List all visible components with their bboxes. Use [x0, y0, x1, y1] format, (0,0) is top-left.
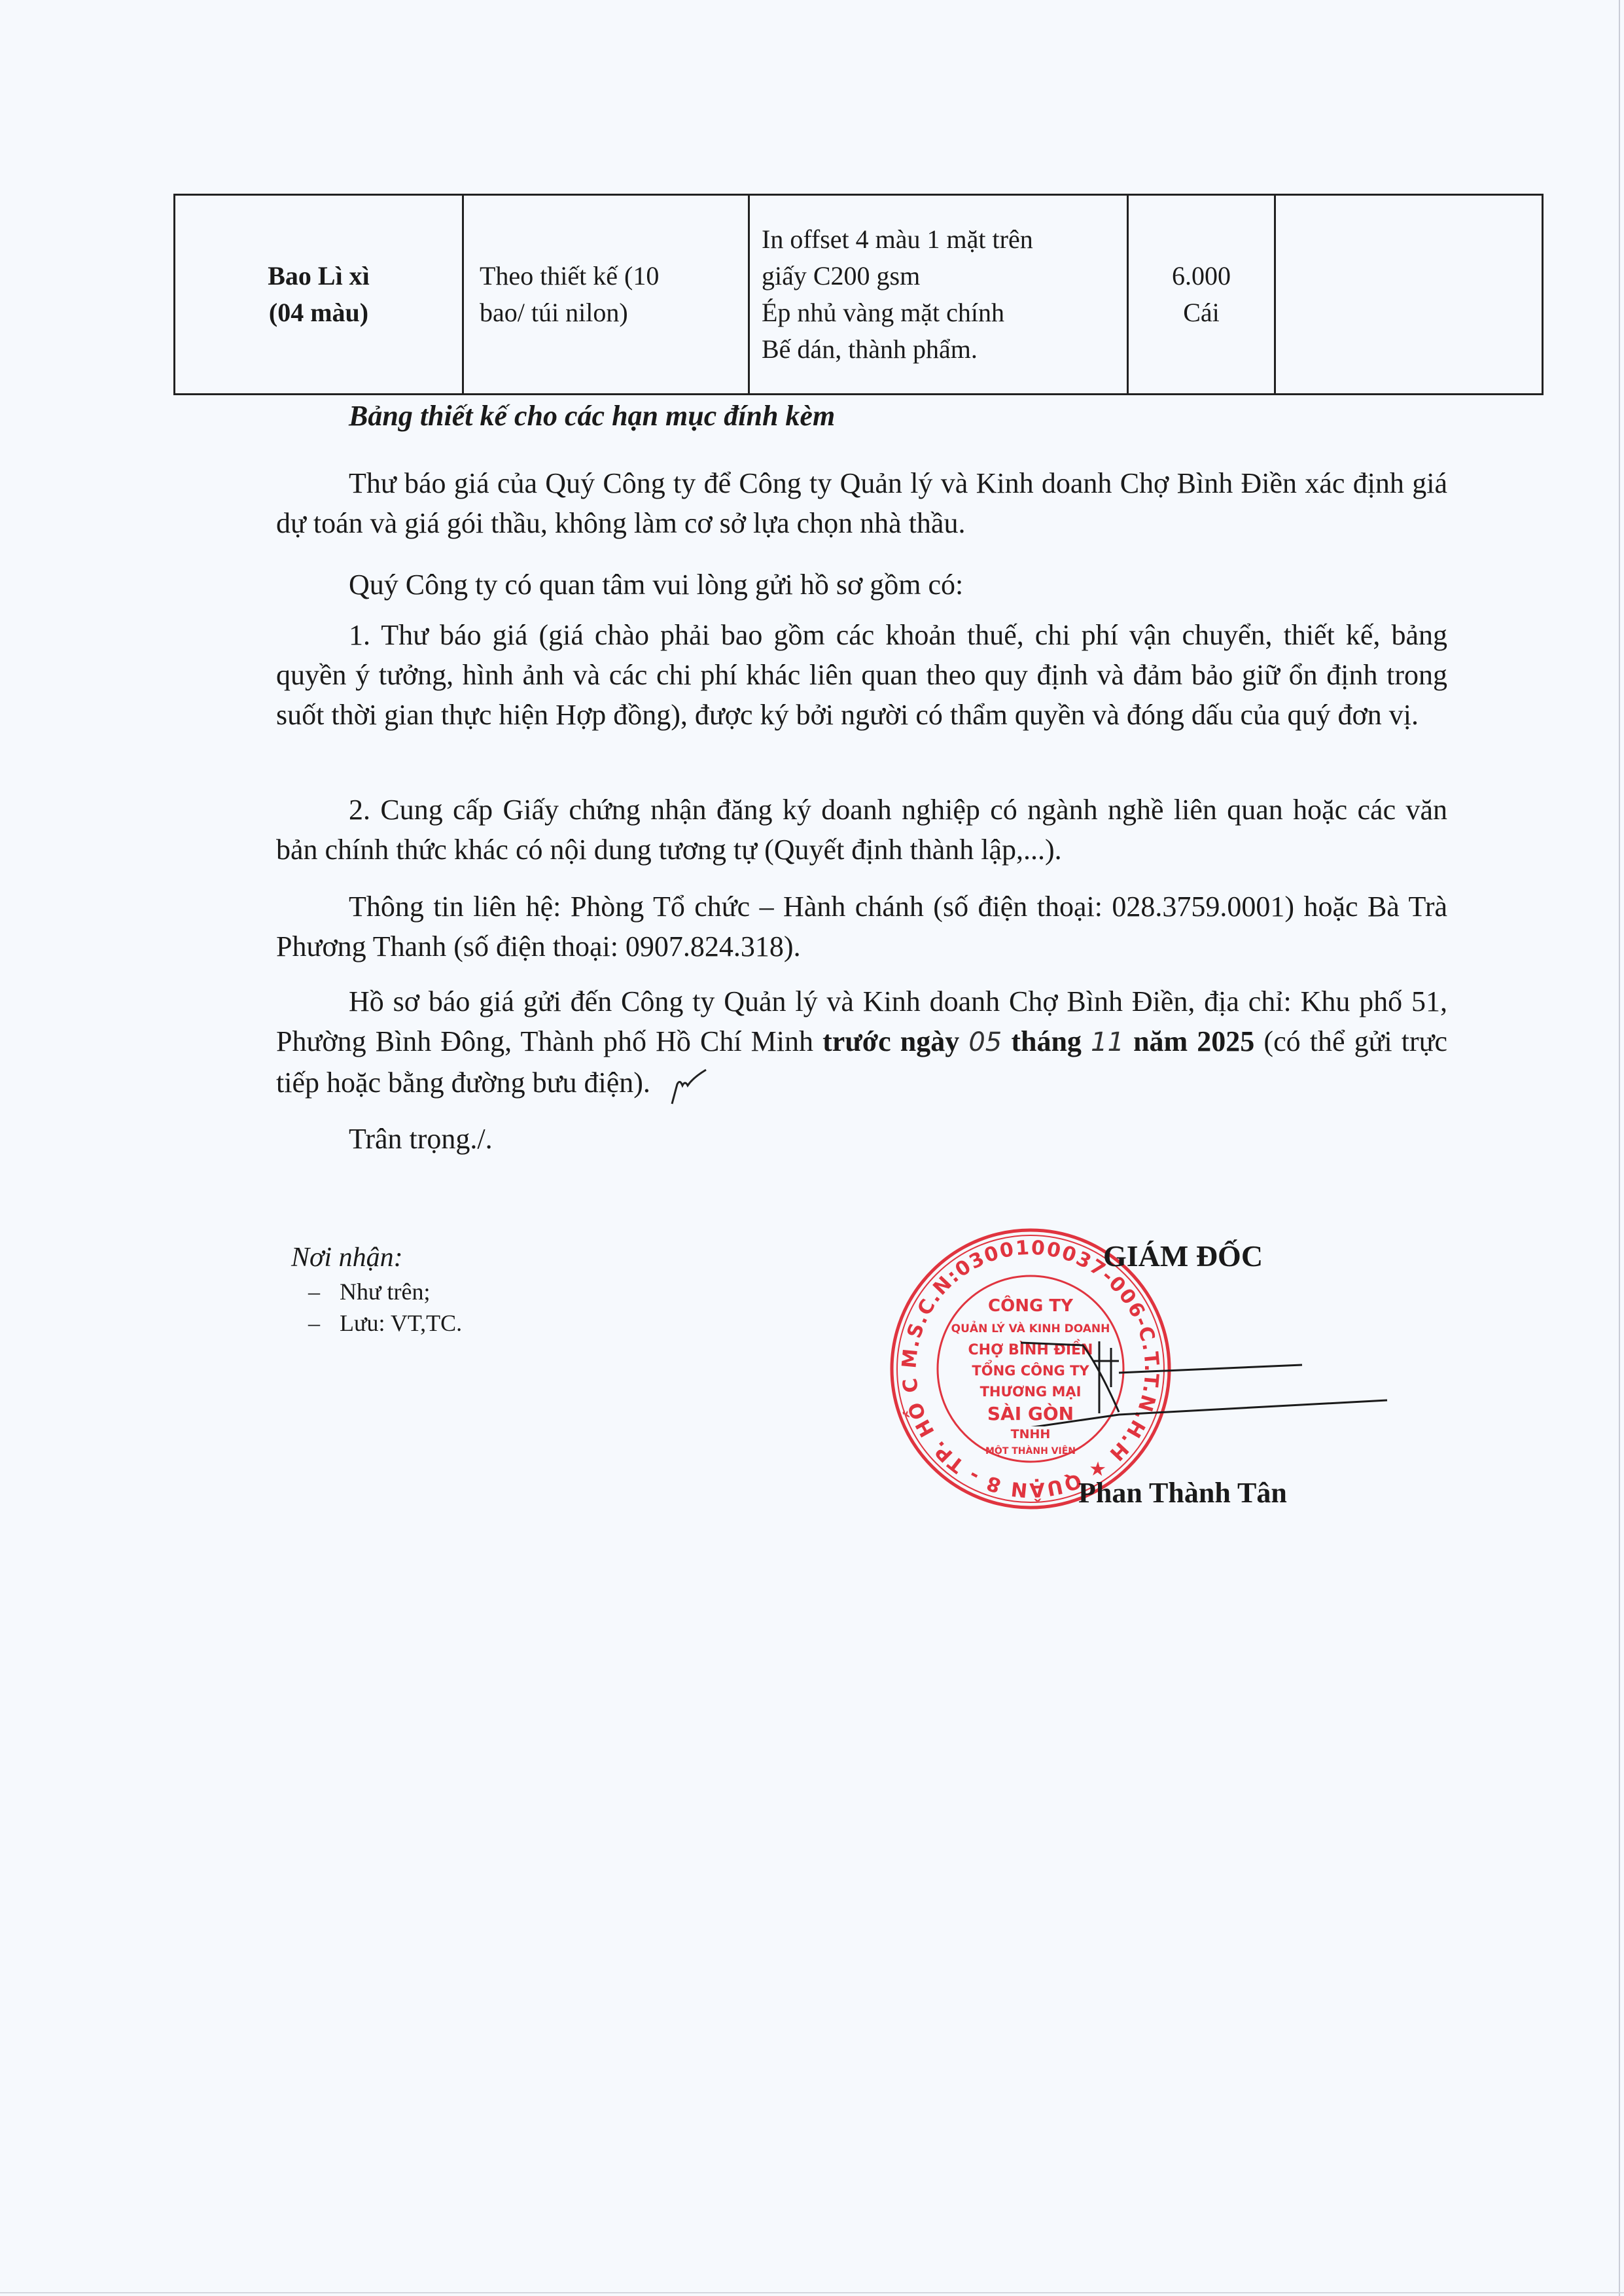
- paragraph-closing: Trân trọng./.: [276, 1119, 1447, 1159]
- svg-text:MỘT THÀNH VIÊN: MỘT THÀNH VIÊN: [985, 1445, 1076, 1457]
- paragraph-purpose: Thư báo giá của Quý Công ty để Công ty Q…: [276, 463, 1447, 543]
- svg-text:CÔNG TY: CÔNG TY: [988, 1295, 1074, 1316]
- paragraph-text: Quý Công ty có quan tâm vui lòng gửi hồ …: [349, 569, 963, 601]
- deadline-text: tháng: [1002, 1025, 1091, 1057]
- spec-cell: Theo thiết kế (10 bao/ túi nilon): [463, 195, 749, 395]
- note-cell: [1275, 195, 1543, 395]
- spec-line: bao/ túi nilon): [480, 294, 736, 331]
- signer-name: Phan Thành Tân: [1078, 1476, 1287, 1510]
- signature-icon: [1021, 1335, 1413, 1426]
- quantity-cell: 6.000 Cái: [1128, 195, 1275, 395]
- page-edge: [0, 2292, 1624, 2293]
- description-cell: In offset 4 màu 1 mặt trên giấy C200 gsm…: [749, 195, 1128, 395]
- dash: –: [308, 1307, 340, 1339]
- item-name-line: (04 màu): [187, 294, 450, 331]
- spec-line: Theo thiết kế (10: [480, 258, 736, 294]
- unit-value: Cái: [1140, 294, 1262, 331]
- paragraph-text: 2. Cung cấp Giấy chứng nhận đăng ký doan…: [276, 794, 1447, 866]
- deadline-year: năm 2025: [1124, 1025, 1254, 1057]
- page-edge: [1619, 0, 1620, 2296]
- deadline-text: trước ngày: [822, 1025, 968, 1057]
- paragraph-item-1: 1. Thư báo giá (giá chào phải bao gồm cá…: [276, 615, 1447, 735]
- recipient-text: Như trên;: [340, 1279, 430, 1305]
- svg-text:TNHH: TNHH: [1011, 1427, 1051, 1441]
- svg-text:QUẢN LÝ VÀ KINH DOANH: QUẢN LÝ VÀ KINH DOANH: [951, 1320, 1110, 1335]
- item-name-cell: Bao Lì xì (04 màu): [175, 195, 463, 395]
- paragraph-item-2: 2. Cung cấp Giấy chứng nhận đăng ký doan…: [276, 790, 1447, 870]
- recipient-item: –Như trên;: [291, 1276, 462, 1307]
- initials-mark-icon: [667, 1066, 713, 1105]
- description-line: Ép nhủ vàng mặt chính: [762, 294, 1115, 331]
- description-line: In offset 4 màu 1 mặt trên: [762, 221, 1115, 258]
- quantity-value: 6.000: [1140, 258, 1262, 294]
- dash: –: [308, 1276, 340, 1307]
- recipients-title: Nơi nhận:: [291, 1242, 462, 1273]
- description-line: giấy C200 gsm: [762, 258, 1115, 294]
- recipients-block: Nơi nhận: –Như trên; –Lưu: VT,TC.: [291, 1242, 462, 1339]
- paragraph-text: 1. Thư báo giá (giá chào phải bao gồm cá…: [276, 619, 1447, 731]
- paragraph-contact: Thông tin liên hệ: Phòng Tổ chức – Hành …: [276, 887, 1447, 966]
- paragraph-text: Trân trọng./.: [349, 1123, 493, 1155]
- recipient-item: –Lưu: VT,TC.: [291, 1307, 462, 1339]
- table-row: Bao Lì xì (04 màu) Theo thiết kế (10 bao…: [175, 195, 1543, 395]
- paragraph-text: Thông tin liên hệ: Phòng Tổ chức – Hành …: [276, 891, 1447, 963]
- description-line: Bế dán, thành phẩm.: [762, 331, 1115, 368]
- quote-items-table: Bao Lì xì (04 màu) Theo thiết kế (10 bao…: [173, 194, 1544, 395]
- handwritten-month: 11: [1091, 1027, 1124, 1057]
- paragraph-request: Quý Công ty có quan tâm vui lòng gửi hồ …: [276, 565, 1447, 605]
- paragraph-submission: Hồ sơ báo giá gửi đến Công ty Quản lý và…: [276, 981, 1447, 1105]
- table-caption: Bảng thiết kế cho các hạn mục đính kèm: [349, 399, 835, 433]
- signer-title: GIÁM ĐỐC: [1103, 1239, 1263, 1273]
- item-name-line: Bao Lì xì: [187, 258, 450, 294]
- handwritten-day: 05: [968, 1027, 1002, 1057]
- recipient-text: Lưu: VT,TC.: [340, 1310, 462, 1336]
- paragraph-text: Thư báo giá của Quý Công ty để Công ty Q…: [276, 467, 1447, 539]
